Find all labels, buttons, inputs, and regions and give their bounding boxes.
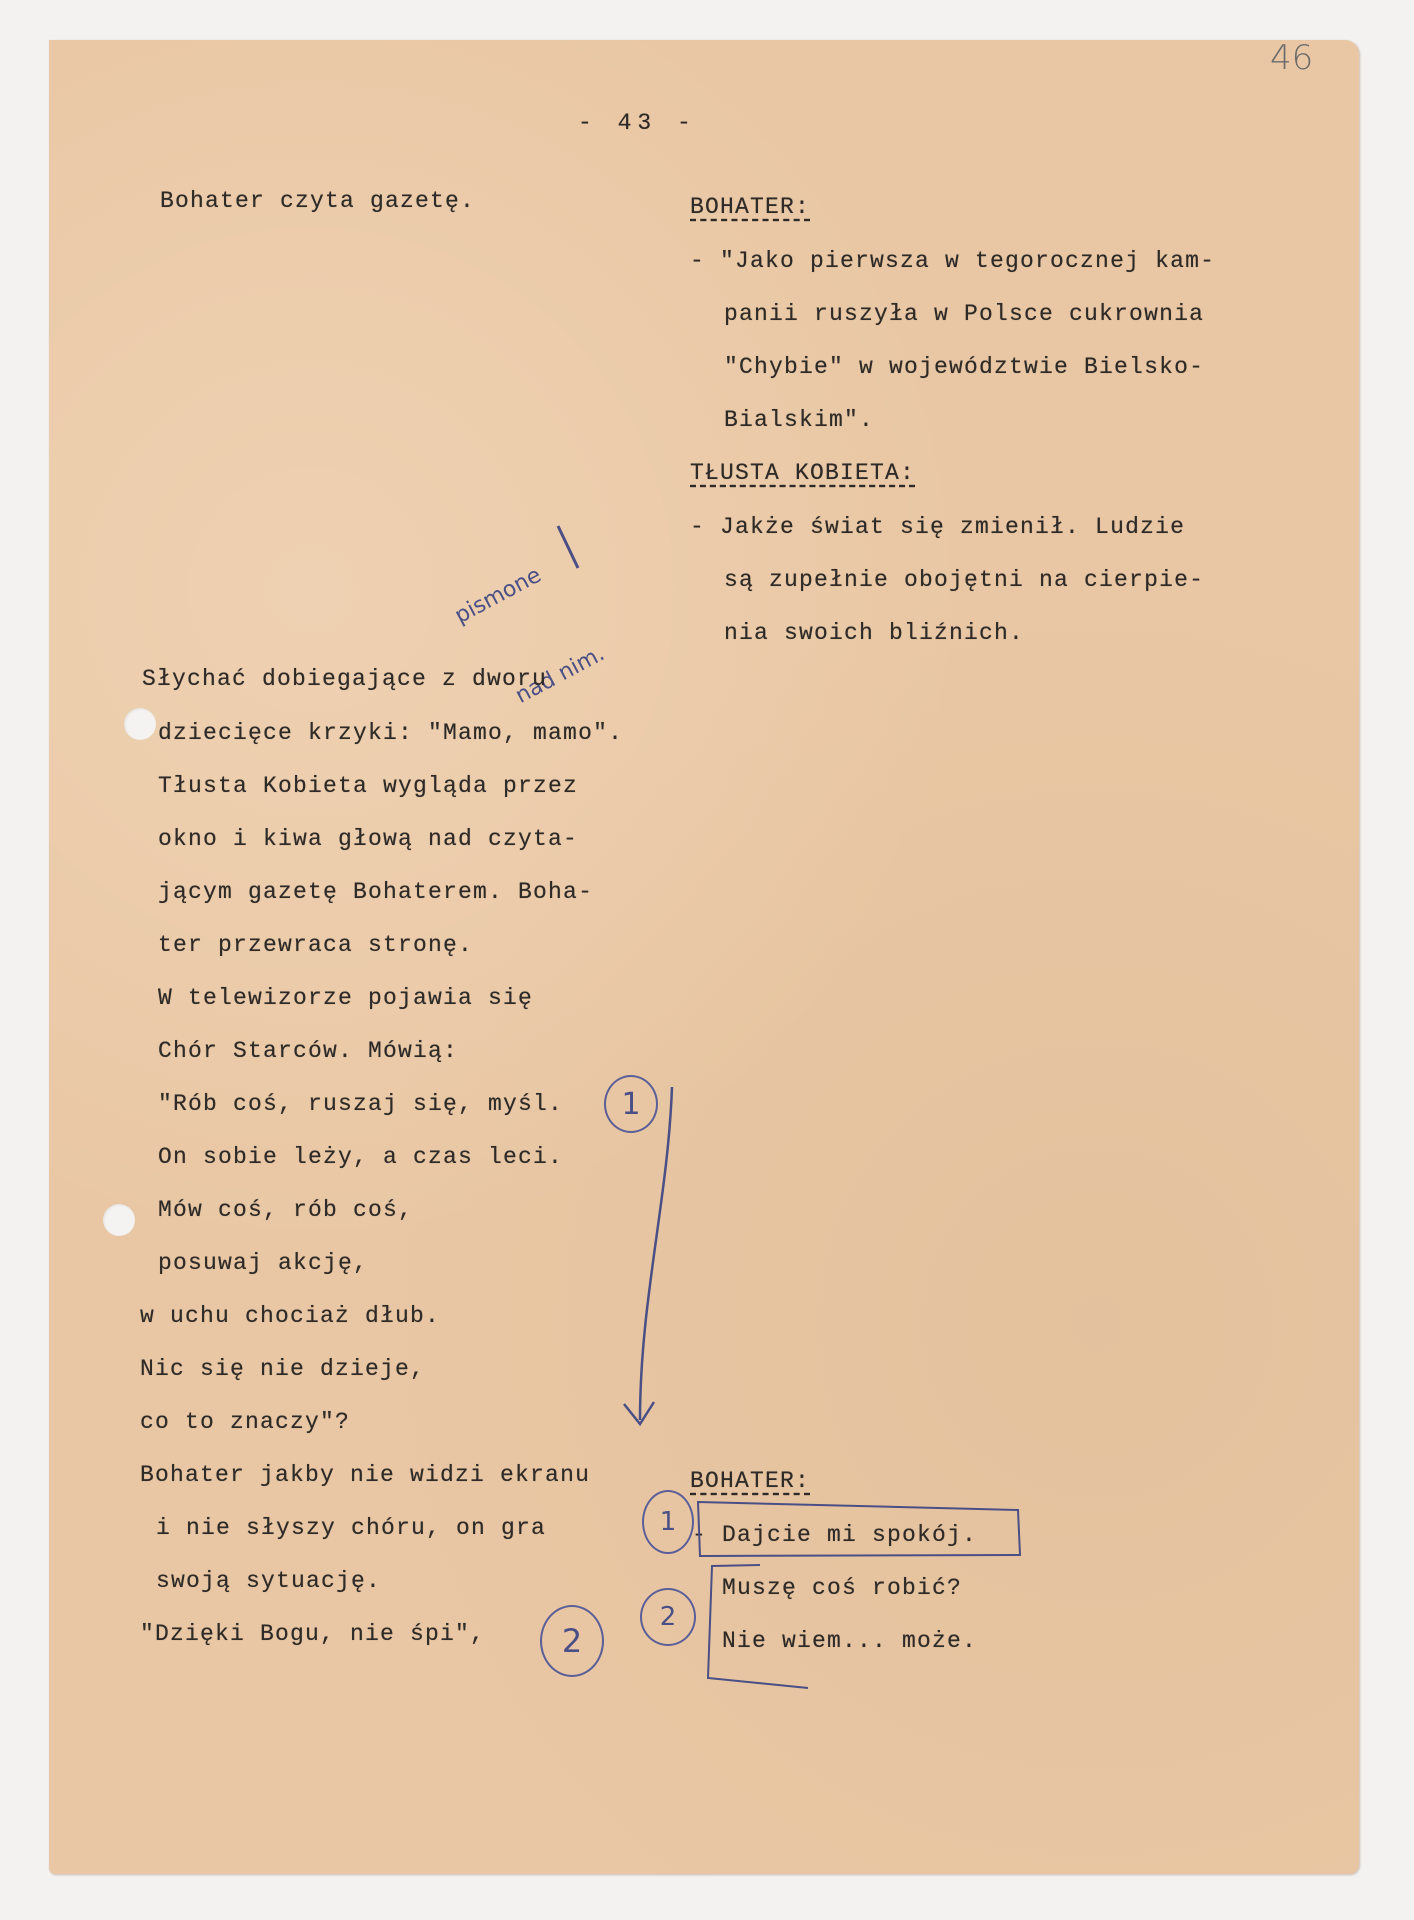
- highlight-bracket: [708, 1565, 808, 1688]
- arrow-line: [640, 1087, 672, 1420]
- annotation-strokes: [0, 0, 1414, 1920]
- marker-2-left: 2: [540, 1605, 604, 1677]
- highlight-box: [698, 1502, 1020, 1556]
- note-stroke: [558, 526, 578, 568]
- marker-1-left: 1: [604, 1075, 658, 1133]
- marker-2-right: 2: [640, 1588, 696, 1646]
- marker-1-right: 1: [642, 1490, 694, 1554]
